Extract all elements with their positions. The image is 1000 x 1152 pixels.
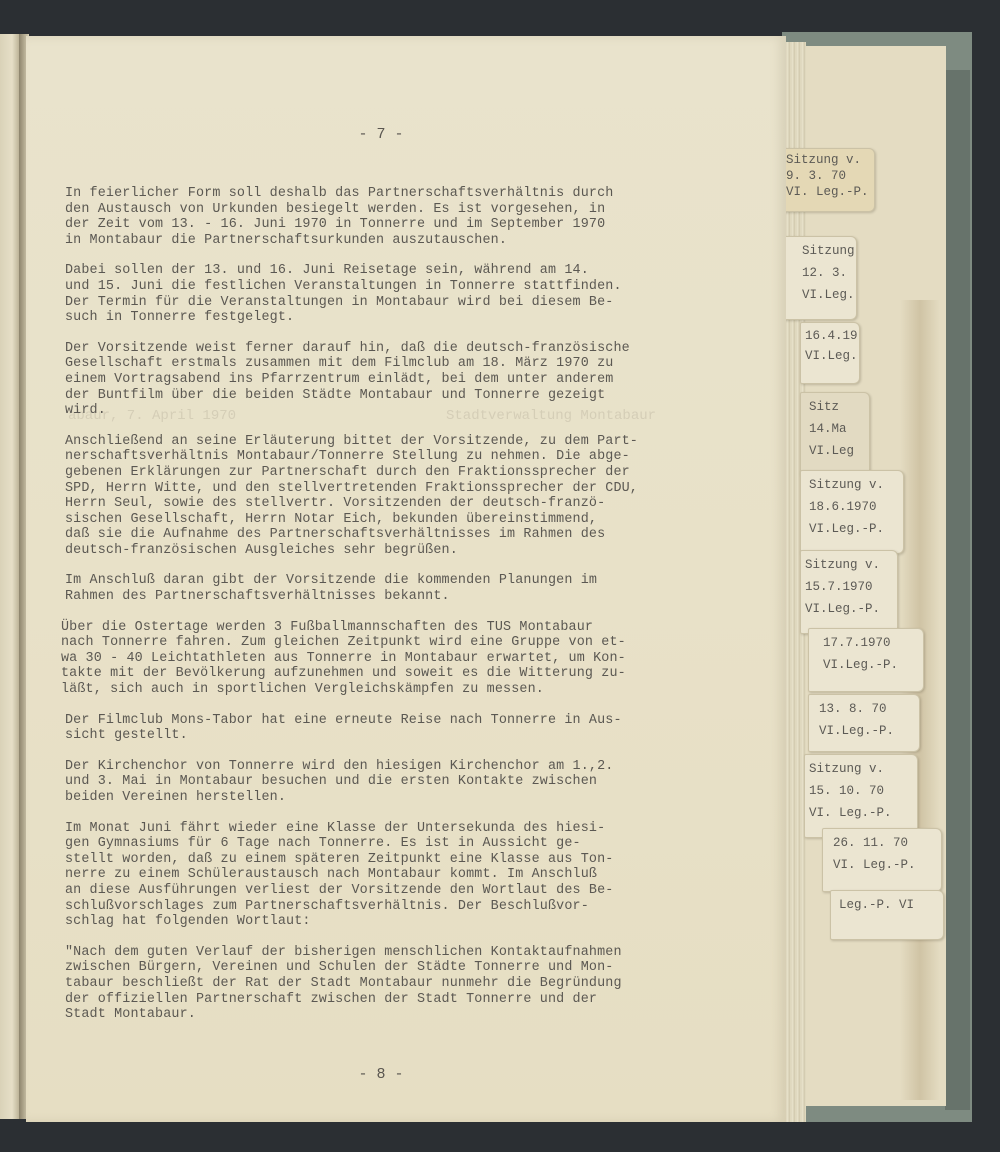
index-tab[interactable]: Leg.-P. VI xyxy=(830,890,944,940)
paragraph-travel-days: Dabei sollen der 13. und 16. Juni Reiset… xyxy=(65,263,755,325)
paragraph-plans: Im Anschluß daran gibt der Vorsitzende d… xyxy=(65,573,755,604)
index-tab[interactable]: Sitzung v. 18.6.1970 VI.Leg.-P. xyxy=(800,470,904,554)
paragraph-filmclub: Der Filmclub Mons-Tabor hat eine erneute… xyxy=(65,713,755,744)
page-number-bottom: - 8 - xyxy=(1,1066,761,1083)
paragraph-school-exchange: Im Monat Juni fährt wieder eine Klasse d… xyxy=(65,821,755,930)
index-tab[interactable]: Sitzung v. 15.7.1970 VI.Leg.-P. xyxy=(800,550,898,634)
paragraph-statements: Anschließend an seine Erläuterung bittet… xyxy=(65,434,755,559)
index-tab[interactable]: Sitzung v. 9. 3. 70 VI. Leg.-P. xyxy=(781,148,875,212)
binder-cover-edge xyxy=(945,70,970,1110)
index-tab[interactable]: Sitzung 12. 3. VI.Leg. xyxy=(783,236,857,320)
index-tab[interactable]: 16.4.19 VI.Leg. xyxy=(800,322,860,384)
paragraph-resolution-quote: "Nach dem guten Verlauf der bisherigen m… xyxy=(65,945,755,1023)
index-tab[interactable]: Sitz 14.Ma VI.Leg xyxy=(800,392,870,476)
document-body: In feierlicher Form soll deshalb das Par… xyxy=(65,186,755,1038)
index-tab[interactable]: 17.7.1970 VI.Leg.-P. xyxy=(808,628,924,692)
paragraph-church-choir: Der Kirchenchor von Tonnerre wird den hi… xyxy=(65,759,755,806)
paragraph-sports: Über die Ostertage werden 3 Fußballmanns… xyxy=(61,620,755,698)
page-number-top: - 7 - xyxy=(1,126,761,143)
paragraph-certificate-exchange: In feierlicher Form soll deshalb das Par… xyxy=(65,186,755,248)
left-page-edge xyxy=(0,34,20,1119)
index-tab[interactable]: 26. 11. 70 VI. Leg.-P. xyxy=(822,828,942,892)
index-tab[interactable]: 13. 8. 70 VI.Leg.-P. xyxy=(808,694,920,752)
index-tab[interactable]: Sitzung v. 15. 10. 70 VI. Leg.-P. xyxy=(804,754,918,838)
paragraph-film-evening: Der Vorsitzende weist ferner darauf hin,… xyxy=(65,341,755,419)
